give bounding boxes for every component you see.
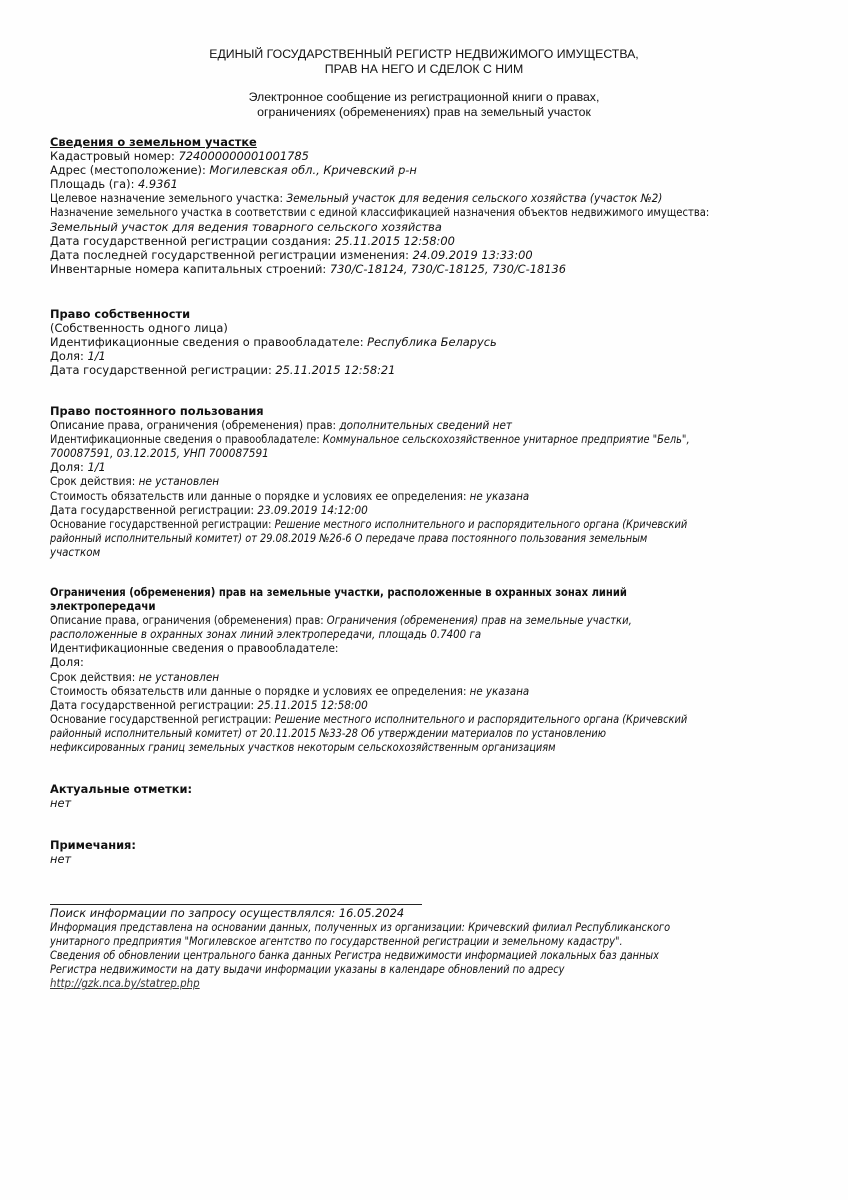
pu-date-row: Дата государственной регистрации: 23.09.…	[50, 503, 810, 517]
r-desc-line2: расположенные в охранных зонах линий эле…	[50, 627, 810, 641]
area-row: Площадь (га): 4.9361	[50, 177, 810, 191]
footer-divider	[50, 904, 422, 905]
pu-holder-row: Идентификационные сведения о правооблада…	[50, 432, 810, 446]
notes-heading: Примечания:	[50, 838, 810, 852]
pu-cost-row: Стоимость обязательств или данные о поря…	[50, 489, 810, 503]
document-subtitle: Электронное сообщение из регистрационной…	[0, 90, 848, 120]
ownership-share: 1/1	[87, 349, 105, 363]
subtitle-line-1: Электронное сообщение из регистрационной…	[0, 90, 848, 105]
marks-heading: Актуальные отметки:	[50, 782, 810, 796]
purpose-row: Целевое назначение земельного участка: З…	[50, 191, 810, 205]
cadastral-number-row: Кадастровый номер: 724000000001001785	[50, 149, 810, 163]
purpose-value: Земельный участок для ведения сельского …	[286, 191, 662, 205]
changed-date: 24.09.2019 13:33:00	[413, 248, 533, 262]
changed-date-row: Дата последней государственной регистрац…	[50, 248, 810, 262]
created-date: 25.11.2015 12:58:00	[335, 234, 455, 248]
subtitle-line-2: ограничениях (обременениях) прав на земе…	[0, 105, 848, 120]
pu-share-row: Доля: 1/1	[50, 460, 810, 474]
parcel-heading: Сведения о земельном участке	[50, 135, 810, 149]
footer-update-line1: Сведения об обновлении центрального банк…	[50, 948, 810, 962]
created-date-row: Дата государственной регистрации создани…	[50, 234, 810, 248]
restrictions-heading-line2: электропередачи	[50, 599, 810, 613]
cadastral-number: 724000000001001785	[178, 149, 308, 163]
ownership-type: (Собственность одного лица)	[50, 321, 810, 335]
footer-source-line2: унитарного предприятия "Могилевское аген…	[50, 934, 810, 948]
r-basis-line3: нефиксированных границ земельных участко…	[50, 740, 810, 754]
ownership-section: Право собственности (Собственность одног…	[50, 307, 810, 377]
footer-search-date: Поиск информации по запросу осуществлялс…	[50, 906, 810, 920]
r-desc-row: Описание права, ограничения (обременения…	[50, 613, 810, 627]
pu-desc-row: Описание права, ограничения (обременения…	[50, 418, 810, 432]
notes-section: Примечания: нет	[50, 838, 810, 866]
r-basis-line2: районный исполнительный комитет) от 20.1…	[50, 726, 810, 740]
classification-label: Назначение земельного участка в соответс…	[50, 205, 810, 219]
permanent-use-section: Право постоянного пользования Описание п…	[50, 404, 810, 559]
ownership-date-row: Дата государственной регистрации: 25.11.…	[50, 363, 810, 377]
footer-update-line2: Регистра недвижимости на дату выдачи инф…	[50, 962, 810, 976]
marks-section: Актуальные отметки: нет	[50, 782, 810, 810]
pu-basis-line3: участком	[50, 545, 810, 559]
restrictions-section: Ограничения (обременения) прав на земель…	[50, 585, 810, 754]
restrictions-heading-line1: Ограничения (обременения) прав на земель…	[50, 585, 810, 599]
r-date-row: Дата государственной регистрации: 25.11.…	[50, 698, 810, 712]
title-line-2: ПРАВ НА НЕГО И СДЕЛОК С НИМ	[0, 62, 848, 77]
pu-basis-row: Основание государственной регистрации: Р…	[50, 517, 810, 531]
ownership-date: 25.11.2015 12:58:21	[275, 363, 395, 377]
r-term-row: Срок действия: не установлен	[50, 670, 810, 684]
classification-value: Земельный участок для ведения товарного …	[50, 220, 810, 234]
pu-basis-line2: районный исполнительный комитет) от 29.0…	[50, 531, 810, 545]
footer: Поиск информации по запросу осуществлялс…	[50, 906, 810, 991]
permanent-use-heading: Право постоянного пользования	[50, 404, 810, 418]
ownership-share-row: Доля: 1/1	[50, 349, 810, 363]
inventory-row: Инвентарные номера капитальных строений:…	[50, 262, 810, 276]
r-share-row: Доля:	[50, 655, 810, 669]
document-title: ЕДИНЫЙ ГОСУДАРСТВЕННЫЙ РЕГИСТР НЕДВИЖИМО…	[0, 47, 848, 77]
ownership-heading: Право собственности	[50, 307, 810, 321]
address-value: Могилевская обл., Кричевский р-н	[209, 163, 416, 177]
inventory-numbers: 730/С-18124, 730/С-18125, 730/С-18136	[330, 262, 566, 276]
document-page: ЕДИНЫЙ ГОСУДАРСТВЕННЫЙ РЕГИСТР НЕДВИЖИМО…	[0, 0, 848, 1200]
address-row: Адрес (местоположение): Могилевская обл.…	[50, 163, 810, 177]
title-line-1: ЕДИНЫЙ ГОСУДАРСТВЕННЫЙ РЕГИСТР НЕДВИЖИМО…	[0, 47, 848, 62]
updates-calendar-link[interactable]: http://gzk.nca.by/statrep.php	[50, 976, 200, 990]
pu-term-row: Срок действия: не установлен	[50, 474, 810, 488]
marks-value: нет	[50, 796, 810, 810]
footer-source-line1: Информация представлена на основании дан…	[50, 920, 810, 934]
area-value: 4.9361	[138, 177, 178, 191]
notes-value: нет	[50, 852, 810, 866]
ownership-holder: Республика Беларусь	[367, 335, 497, 349]
parcel-section: Сведения о земельном участке Кадастровый…	[50, 135, 810, 276]
r-cost-row: Стоимость обязательств или данные о поря…	[50, 684, 810, 698]
r-holder-row: Идентификационные сведения о правооблада…	[50, 641, 810, 655]
pu-holder-line2: 700087591, 03.12.2015, УНП 700087591	[50, 446, 810, 460]
ownership-holder-row: Идентификационные сведения о правооблада…	[50, 335, 810, 349]
r-basis-row: Основание государственной регистрации: Р…	[50, 712, 810, 726]
